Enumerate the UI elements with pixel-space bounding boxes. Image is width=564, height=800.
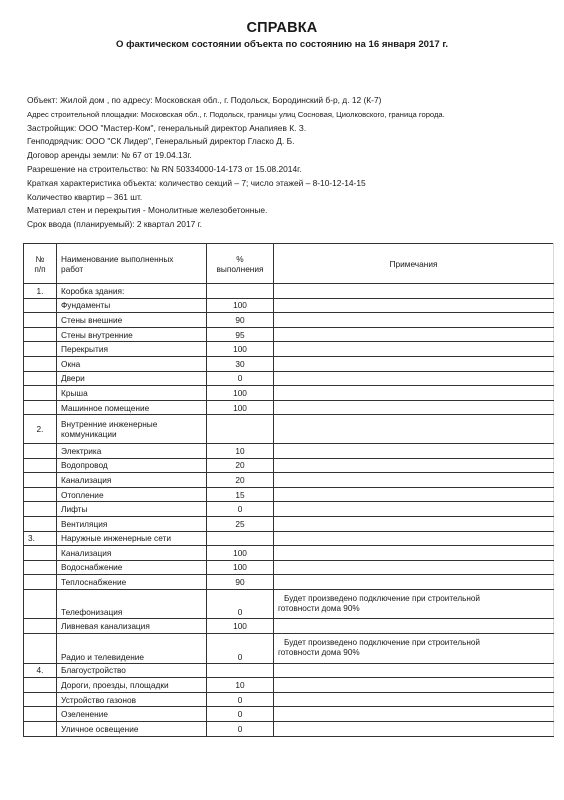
document-subtitle: О фактическом состоянии объекта по состо… (0, 39, 564, 50)
header-percent: % выполнения (207, 244, 274, 284)
table-row: Электрика10 (24, 443, 554, 458)
table-row: Водоснабжение100 (24, 560, 554, 575)
section-row: 1. Коробка здания: (24, 284, 554, 299)
header-number: № п/п (24, 244, 57, 284)
object-info: Объект: Жилой дом , по адресу: Московска… (27, 94, 557, 232)
table-row: Водопровод20 (24, 458, 554, 473)
document-title: СПРАВКА (0, 20, 564, 36)
section-title: Благоустройство (57, 663, 207, 678)
table-row: Машинное помещение100 (24, 400, 554, 415)
table-row: Крыша100 (24, 386, 554, 401)
section-title: Внутренние инженерные коммуникации (57, 415, 207, 444)
table-row: Перекрытия100 (24, 342, 554, 357)
table-row: Канализация20 (24, 473, 554, 488)
table-row: Ливневая канализация100 (24, 619, 554, 634)
table-row: Окна30 (24, 356, 554, 371)
info-developer: Застройщик: ООО "Мастер-Ком", генеральны… (27, 122, 557, 136)
table-row: Стены внешние90 (24, 313, 554, 328)
works-table: № п/п Наименование выполненных работ % в… (23, 243, 554, 737)
table-row: Лифты0 (24, 502, 554, 517)
info-object: Объект: Жилой дом , по адресу: Московска… (27, 94, 557, 108)
note-cell: Будет произведено подключение при строит… (274, 634, 554, 664)
table-row: Дороги, проезды, площадки10 (24, 678, 554, 693)
info-materials: Материал стен и перекрытия - Монолитные … (27, 204, 557, 218)
header-work-name: Наименование выполненных работ (57, 244, 207, 284)
table-header-row: № п/п Наименование выполненных работ % в… (24, 244, 554, 284)
info-building-permit: Разрешение на строительство: № RN 503340… (27, 163, 557, 177)
info-site-address: Адрес строительной площадки: Московская … (27, 108, 557, 122)
table-row: Стены внутренние95 (24, 327, 554, 342)
info-characteristics: Краткая характеристика объекта: количест… (27, 177, 557, 191)
info-general-contractor: Генподрядчик: ООО "СК Лидер", Генеральны… (27, 135, 557, 149)
section-title: Коробка здания: (57, 284, 207, 299)
header-notes: Примечания (274, 244, 554, 284)
table-row: Устройство газонов0 (24, 692, 554, 707)
info-apartments: Количество квартир – 361 шт. (27, 191, 557, 205)
table-row: Двери0 (24, 371, 554, 386)
table-row: Вентиляция25 (24, 516, 554, 531)
table-row: Озеленение0 (24, 707, 554, 722)
section-row: 2. Внутренние инженерные коммуникации (24, 415, 554, 444)
note-cell: Будет произведено подключение при строит… (274, 589, 554, 619)
table-row: Телефонизация 0 Будет произведено подклю… (24, 589, 554, 619)
table-row: Теплоснабжение90 (24, 575, 554, 590)
info-commissioning: Срок ввода (планируемый): 2 квартал 2017… (27, 218, 557, 232)
section-title: Наружные инженерные сети (57, 531, 207, 546)
table-row: Фундаменты100 (24, 298, 554, 313)
table-row: Радио и телевидение 0 Будет произведено … (24, 634, 554, 664)
section-row: 3. Наружные инженерные сети (24, 531, 554, 546)
table-row: Отопление15 (24, 487, 554, 502)
table-row: Канализация100 (24, 546, 554, 561)
info-land-lease: Договор аренды земли: № 67 от 19.04.13г. (27, 149, 557, 163)
table-row: Уличное освещение0 (24, 722, 554, 737)
section-row: 4. Благоустройство (24, 663, 554, 678)
